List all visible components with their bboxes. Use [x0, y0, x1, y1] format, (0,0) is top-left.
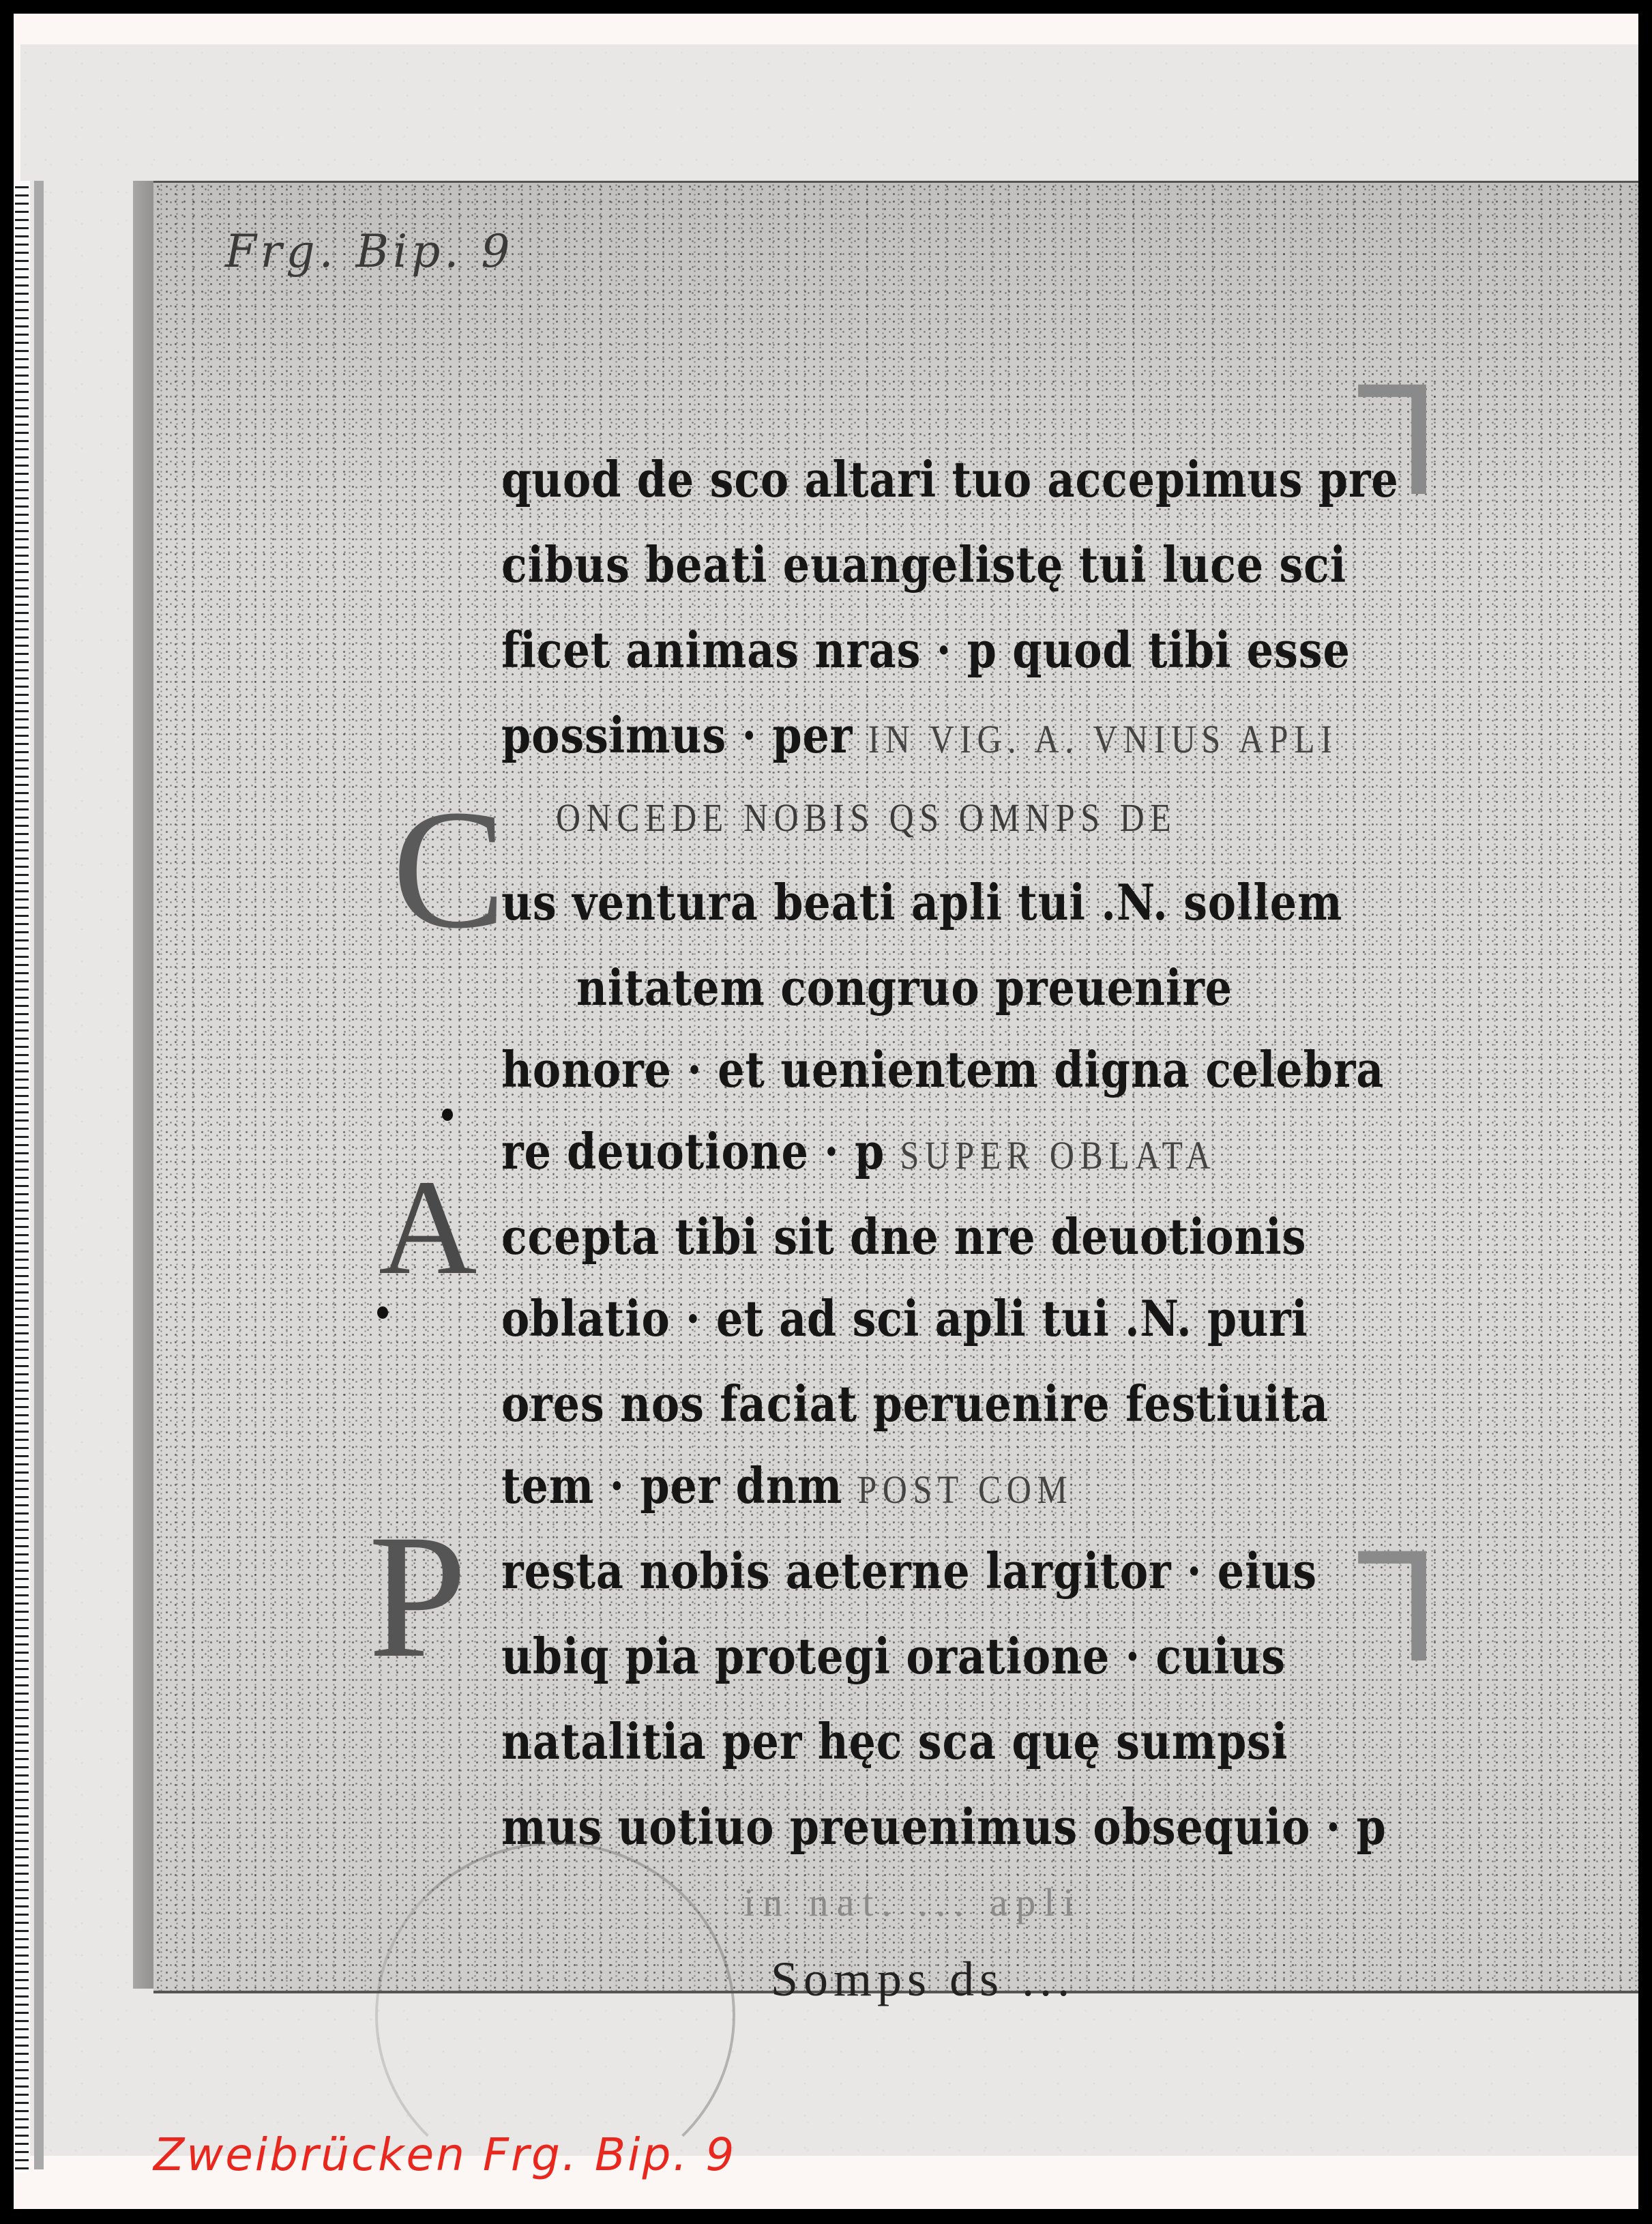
decorated-initial-a: A: [379, 1160, 477, 1296]
text-line: possimus · per in vig. a. vnius apli: [501, 706, 1338, 764]
decorated-initial-c: C: [392, 785, 506, 955]
bottom-rubric: in nat. ... apli: [743, 1879, 1082, 1925]
text-line: ubiq pia protegi oratione · cuius: [501, 1627, 1286, 1685]
margin-initial-ghost: Ꞁ: [1357, 1521, 1441, 1697]
text-line: ficet animas nras · p quod tibi esse: [501, 621, 1351, 679]
text-line: cibus beati euangelistę tui luce sci: [501, 536, 1346, 594]
text-line: honore · et uenientem digna celebra: [501, 1040, 1384, 1098]
text-line: mus uotiuo preuenimus obsequio · p: [501, 1798, 1387, 1856]
text-line: re deuotione · p super oblata: [501, 1122, 1216, 1180]
ruler-edge: [34, 181, 44, 2169]
text-line: nitatem congruo preuenire: [576, 959, 1233, 1016]
text-line: oblatio · et ad sci apli tui .N. puri: [501, 1289, 1308, 1347]
text-line: ccepta tibi sit dne nre deuotionis: [501, 1208, 1306, 1265]
bottom-text-line: Somps ds ...: [771, 1951, 1075, 2008]
rubric-line: oncede nobis qs omnps de: [556, 795, 1177, 840]
text-line: quod de sco altari tuo accepimus pre: [501, 450, 1399, 508]
text-line: ores nos faciat peruenire festiuita: [501, 1375, 1329, 1433]
decorated-initial-p: P: [368, 1508, 467, 1685]
ink-dot: [377, 1306, 388, 1319]
pencil-shelfmark: Frg. Bip. 9: [225, 225, 514, 278]
handwritten-label: Zweibrücken Frg. Bip. 9: [153, 2128, 736, 2181]
text-line: natalitia per hęc sca quę sumpsi: [501, 1712, 1288, 1770]
text-line: tem · per dnm post com: [501, 1457, 1074, 1515]
text-line: resta nobis aeterne largitor · eius: [501, 1542, 1317, 1600]
ink-dot: [442, 1109, 453, 1121]
text-line: us ventura beati apli tui .N. sollem: [501, 873, 1342, 931]
scale-ruler: [14, 181, 30, 2173]
